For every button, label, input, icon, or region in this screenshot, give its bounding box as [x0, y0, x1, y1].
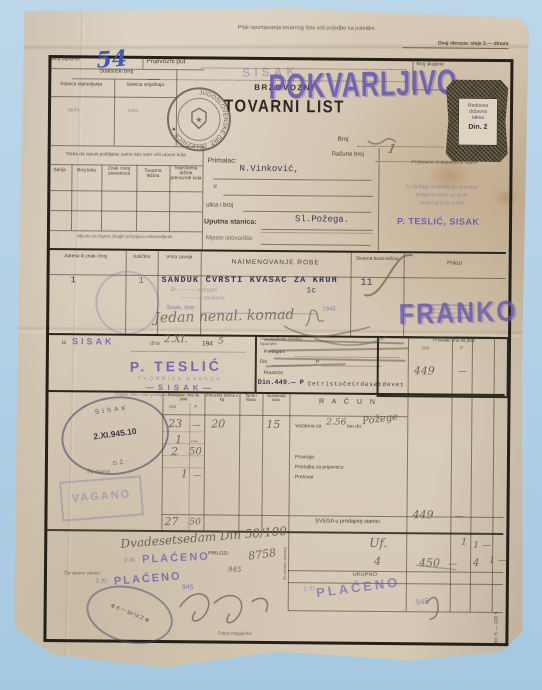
- waybill-paper: Prije ispunjavanja tovarnog lista vidi p…: [11, 6, 529, 678]
- pencil-marks: [11, 6, 529, 678]
